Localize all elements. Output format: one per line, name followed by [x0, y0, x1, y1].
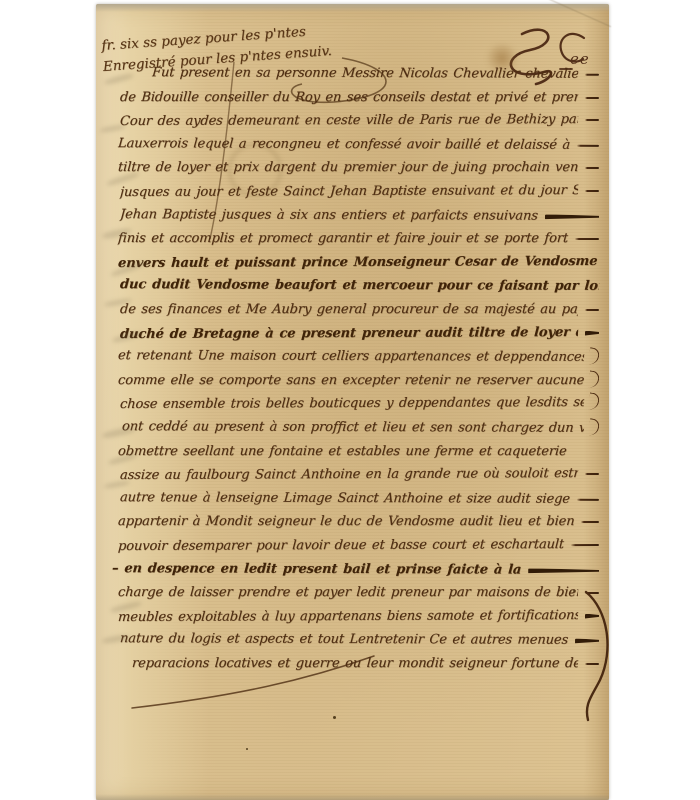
manuscript-line-text: envers hault et puissant prince Monseign…: [117, 252, 598, 274]
manuscript-line-text: charge de laisser prendre et payer ledit…: [117, 583, 578, 603]
line-filler-dash: [581, 521, 599, 523]
ink-speck: [333, 716, 336, 719]
manuscript-line-text: duché de Bretagne à ce present preneur a…: [119, 323, 578, 345]
manuscript-line: Lauxerrois lequel a recongneu et confess…: [118, 134, 599, 156]
manuscript-line-text: ont ceddé au present à son proffict et l…: [121, 417, 584, 439]
line-end-curl: [588, 418, 600, 436]
scan-background: fr. six ss payez pour les p'ntes Enregis…: [0, 0, 700, 800]
manuscript-line: de Bidouille conseiller du Roy en ses co…: [120, 88, 599, 108]
line-filler-dash: [585, 167, 599, 169]
line-filler-dash: [585, 473, 599, 475]
manuscript-line: meubles exploitables à luy appartenans b…: [118, 606, 599, 628]
line-filler-dash: [545, 214, 599, 219]
manuscript-line: de ses finances et Me Aubry general proc…: [120, 300, 599, 320]
manuscript-line: Cour des aydes demeurant en ceste ville …: [120, 110, 599, 132]
manuscript-line-text: chose ensemble trois belles bouticques y…: [119, 393, 584, 415]
manuscript-line: charge de laisser prendre et payer ledit…: [118, 583, 599, 603]
manuscript-line: comme elle se comporte sans en excepter …: [118, 371, 599, 391]
manuscript-line-text: de Bidouille conseiller du Roy en ses co…: [119, 88, 578, 108]
line-filler-dash: [585, 330, 599, 335]
manuscript-line: ont ceddé au present à son proffict et l…: [122, 417, 599, 439]
manuscript-line: – en despence en ledit present bail et p…: [112, 559, 599, 581]
manuscript-line-text: finis et accomplis et promect garantir e…: [117, 229, 568, 249]
ink-speck: [246, 748, 248, 750]
manuscript-line-text: assize au faulbourg Sainct Anthoine en l…: [119, 464, 578, 486]
manuscript-line-text: jusques au jour et feste Sainct Jehan Ba…: [119, 181, 578, 203]
manuscript-line: jusques au jour et feste Sainct Jehan Ba…: [120, 181, 599, 203]
manuscript-line: Fut present en sa personne Messire Nicol…: [152, 63, 599, 85]
manuscript-line-text: autre tenue à lenseigne Limage Sainct An…: [119, 488, 570, 510]
manuscript-line-text: Fut present en sa personne Messire Nicol…: [151, 63, 578, 84]
line-filler-dash: [585, 97, 599, 99]
line-filler-dash: [577, 499, 599, 501]
manuscript-line: assize au faulbourg Sainct Anthoine en l…: [120, 464, 599, 486]
line-end-curl: [588, 370, 600, 388]
manuscript-line-text: appartenir à Mondit seigneur le duc de V…: [117, 512, 575, 532]
line-filler-dash: [585, 309, 599, 311]
manuscript-line: duché de Bretagne à ce present preneur a…: [120, 323, 599, 345]
manuscript-line-text: et retenant Une maison court celliers ap…: [117, 346, 584, 368]
manuscript-page: fr. six ss payez pour les p'ntes Enregis…: [96, 4, 609, 800]
manuscript-line: tiltre de loyer et prix dargent du premi…: [118, 158, 599, 178]
signature-flourish: [126, 644, 376, 714]
manuscript-line-text: pouvoir desemparer pour lavoir deue et b…: [117, 535, 564, 557]
line-filler-dash: [585, 74, 599, 76]
ink-speck: [573, 590, 575, 592]
manuscript-line: duc dudit Vendosme beaufort et mercoeur …: [120, 276, 599, 298]
manuscript-line-text: comme elle se comporte sans en excepter …: [117, 371, 584, 391]
manuscript-line: chose ensemble trois belles bouticques y…: [120, 393, 599, 415]
line-filler-dash: [577, 145, 599, 147]
showthrough-smudge: [102, 426, 137, 440]
manuscript-line: finis et accomplis et promect garantir e…: [118, 229, 599, 249]
manuscript-line: autre tenue à lenseigne Limage Sainct An…: [120, 488, 599, 510]
line-filler-dash: [571, 544, 599, 546]
manuscript-line-text: Lauxerrois lequel a recongneu et confess…: [117, 134, 570, 156]
manuscript-line-text: duc dudit Vendosme beaufort et mercoeur …: [119, 276, 599, 298]
manuscript-line: envers hault et puissant prince Monseign…: [118, 252, 599, 274]
line-filler-dash: [575, 238, 599, 240]
manuscript-line: obmettre seellant une fontaine et establ…: [118, 442, 599, 462]
manuscript-line: et retenant Une maison court celliers ap…: [118, 346, 599, 368]
manuscript-line: Jehan Baptiste jusques à six ans entiers…: [120, 205, 599, 227]
manuscript-line: pouvoir desemparer pour lavoir deue et b…: [118, 535, 599, 557]
line-filler-dash: [585, 190, 599, 192]
line-end-curl: [588, 347, 600, 365]
manuscript-line-text: – en despence en ledit present bail et p…: [111, 559, 522, 580]
line-filler-dash: [585, 119, 599, 121]
manuscript-line-text: obmettre seellant une fontaine et establ…: [117, 442, 567, 462]
manuscript-line-text: Jehan Baptiste jusques à six ans entiers…: [119, 205, 538, 226]
manuscript-line: appartenir à Mondit seigneur le duc de V…: [118, 512, 599, 532]
manuscript-line-text: de ses finances et Me Aubry general proc…: [119, 300, 578, 320]
line-end-curl: [588, 393, 600, 411]
closing-bracket-flourish: [582, 590, 616, 724]
line-filler-dash: [528, 568, 599, 573]
manuscript-line-text: meubles exploitables à luy appartenans b…: [117, 606, 578, 628]
manuscript-line-text: Cour des aydes demeurant en ceste ville …: [119, 110, 578, 132]
manuscript-line-text: tiltre de loyer et prix dargent du premi…: [117, 158, 578, 178]
